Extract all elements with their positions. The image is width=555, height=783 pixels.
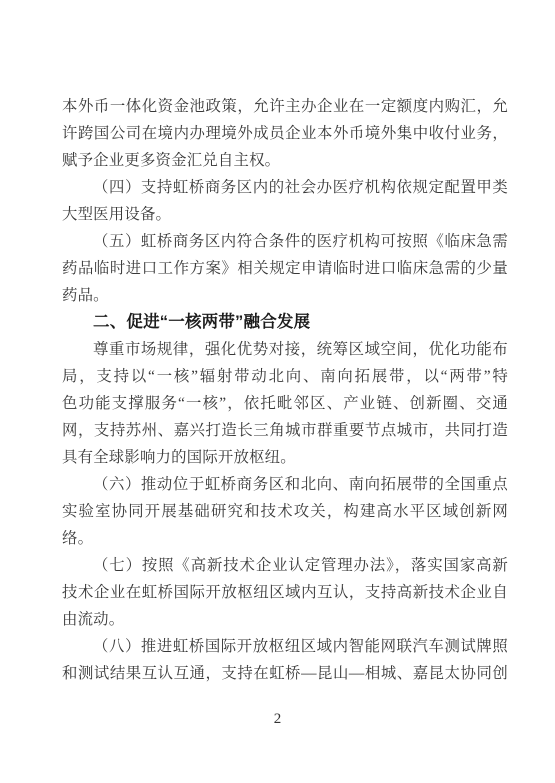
body-text-line: 本外币一体化资金池政策，允许主办企业在一定额度内购汇，允 (62, 93, 508, 120)
body-text-line: （四）支持虹桥商务区内的社会办医疗机构依规定配置甲类 (62, 174, 508, 201)
body-text-line: 和测试结果互认互通，支持在虹桥—昆山—相城、嘉昆太协同创 (62, 660, 508, 687)
body-text-line: 具有全球影响力的国际开放枢纽。 (62, 444, 508, 471)
body-text-line: 药品临时进口工作方案》相关规定申请临时进口临床急需的少量 (62, 255, 508, 282)
body-text-line: （七）按照《高新技术企业认定管理办法》，落实国家高新 (62, 552, 508, 579)
body-text-line: 由流动。 (62, 606, 508, 633)
body-text-line: 大型医用设备。 (62, 201, 508, 228)
document-body: 本外币一体化资金池政策，允许主办企业在一定额度内购汇，允许跨国公司在境内办理境外… (62, 93, 508, 687)
body-text-line: （六）推动位于虹桥商务区和北向、南向拓展带的全国重点 (62, 471, 508, 498)
body-text-line: 局，支持以“一核”辐射带动北向、南向拓展带，以“两带”特 (62, 363, 508, 390)
document-page: 本外币一体化资金池政策，允许主办企业在一定额度内购汇，允许跨国公司在境内办理境外… (0, 0, 555, 783)
body-text-line: 药品。 (62, 282, 508, 309)
body-text-line: （八）推进虹桥国际开放枢纽区域内智能网联汽车测试牌照 (62, 633, 508, 660)
body-text-line: 技术企业在虹桥国际开放枢纽区域内互认，支持高新技术企业自 (62, 579, 508, 606)
body-text-line: 网，支持苏州、嘉兴打造长三角城市群重要节点城市，共同打造 (62, 417, 508, 444)
body-text-line: （五）虹桥商务区内符合条件的医疗机构可按照《临床急需 (62, 228, 508, 255)
page-number: 2 (0, 709, 555, 729)
body-text-line: 赋予企业更多资金汇兑自主权。 (62, 147, 508, 174)
body-text-line: 尊重市场规律，强化优势对接，统筹区域空间，优化功能布 (62, 336, 508, 363)
body-text-line: 色功能支撑服务“一核”，依托毗邻区、产业链、创新圈、交通 (62, 390, 508, 417)
section-heading: 二、促进“一核两带”融合发展 (62, 309, 508, 336)
body-text-line: 许跨国公司在境内办理境外成员企业本外币境外集中收付业务， (62, 120, 508, 147)
body-text-line: 实验室协同开展基础研究和技术攻关，构建高水平区域创新网 (62, 498, 508, 525)
body-text-line: 络。 (62, 525, 508, 552)
